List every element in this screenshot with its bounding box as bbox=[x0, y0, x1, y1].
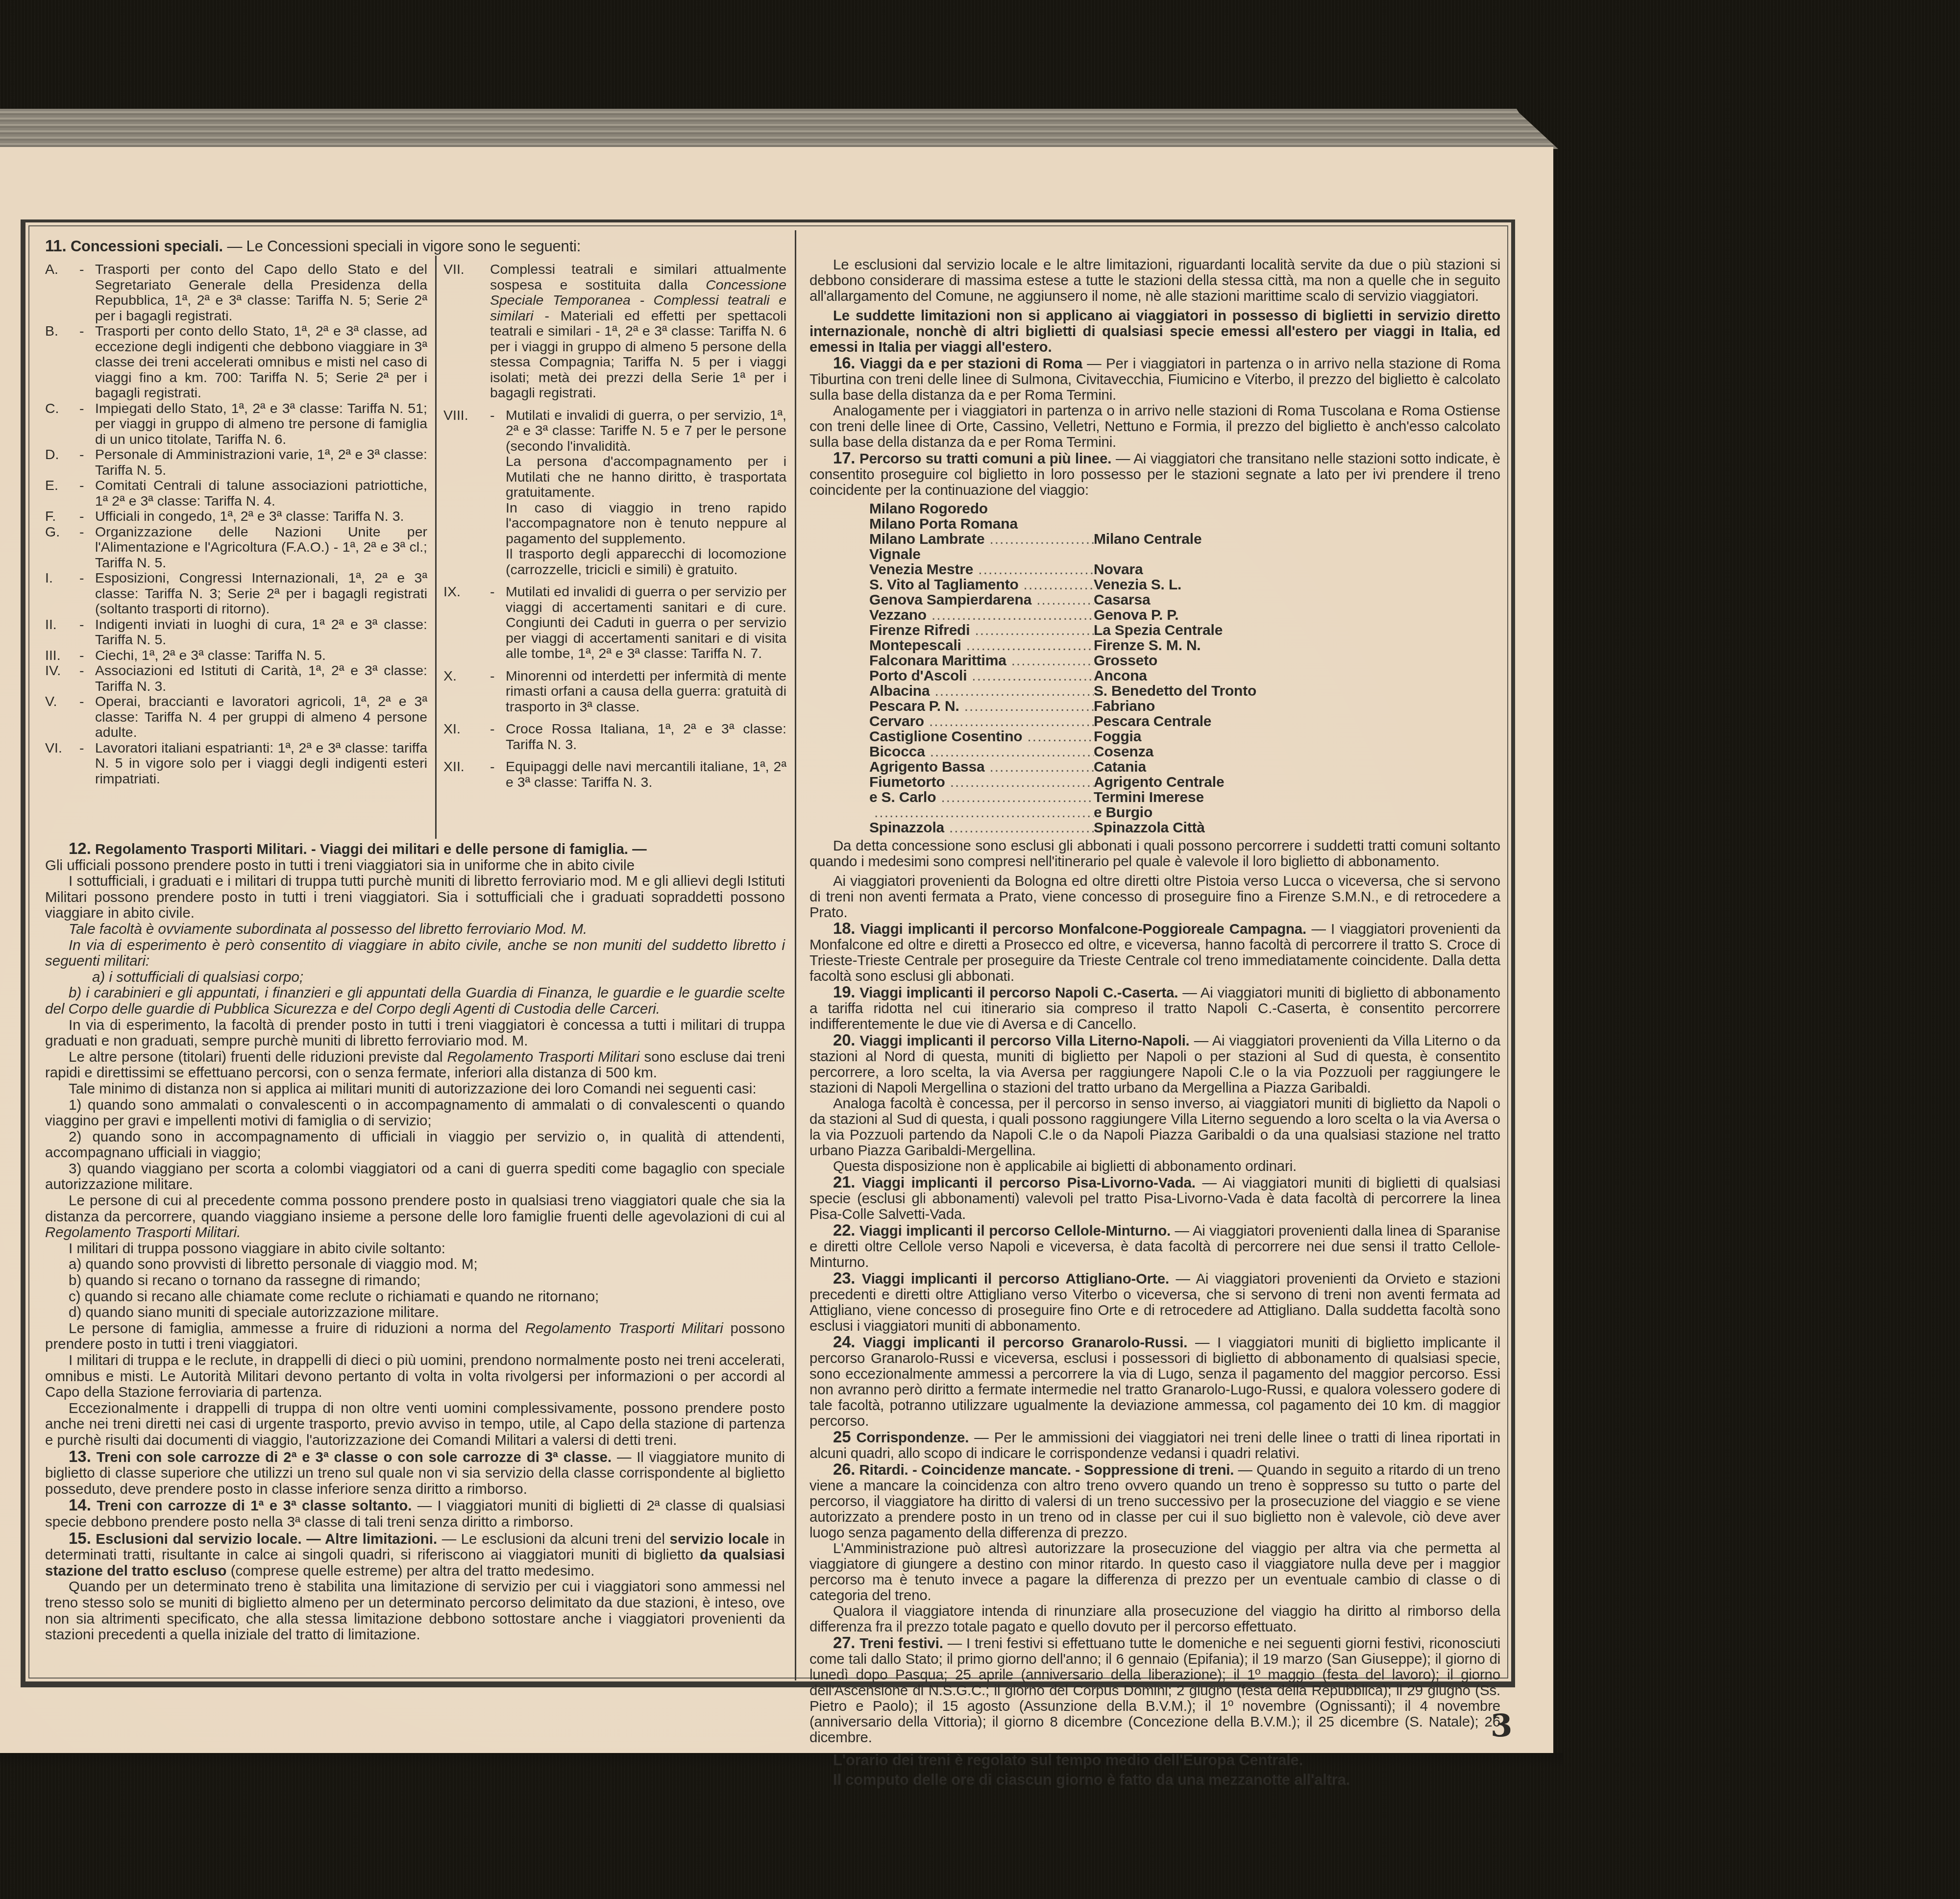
station-to: La Spezia Centrale bbox=[1094, 623, 1500, 638]
station-from: Firenze Rifredi.........................… bbox=[809, 623, 1094, 638]
section-15: 15. Esclusioni dal servizio locale. — Al… bbox=[45, 1531, 785, 1580]
station-row: Porto d'Ascoli..........................… bbox=[809, 668, 1500, 683]
concessions-list-b: VII.Complessi teatrali e similari attual… bbox=[443, 262, 786, 790]
station-to: Grosseto bbox=[1094, 653, 1500, 668]
section-17: 17. Percorso su tratti comuni a più line… bbox=[809, 450, 1500, 498]
station-row: Cervaro.................................… bbox=[809, 714, 1500, 729]
closing-notes: L'orario dei treni è regolato sul tempo … bbox=[809, 1751, 1500, 1790]
station-from: S. Vito al Tagliamento..................… bbox=[809, 577, 1094, 592]
page-number: 3 bbox=[1491, 1707, 1513, 1744]
right-column: Le esclusioni dal servizio locale e le a… bbox=[809, 257, 1500, 1790]
station-row: Genova Sampierdarena....................… bbox=[809, 592, 1500, 608]
station-to: Novara bbox=[1094, 562, 1500, 577]
section-12-heading: 12. Regolamento Trasporti Militari. - Vi… bbox=[45, 841, 785, 858]
section-14: 14. Treni con carrozze di 1ª e 3ª classe… bbox=[45, 1497, 785, 1530]
station-table: Milano RogoredoMilano Porta RomanaMilano… bbox=[809, 501, 1500, 835]
sections-12-15: 12. Regolamento Trasporti Militari. - Vi… bbox=[45, 841, 785, 1643]
station-from: Castiglione Cosentino...................… bbox=[809, 729, 1094, 744]
list-item: XII.-Equipaggi delle navi mercantili ita… bbox=[443, 759, 786, 790]
section-25: 25 Corrispondenze. — Per le ammissioni d… bbox=[809, 1429, 1500, 1461]
concessions-list-a: A.-Trasporti per conto del Capo dello St… bbox=[45, 262, 427, 787]
section-21: 21. Viaggi implicanti il percorso Pisa-L… bbox=[809, 1174, 1500, 1222]
subcolumn-divider bbox=[435, 256, 437, 839]
station-row: Bicocca.................................… bbox=[809, 744, 1500, 759]
station-to: Milano Centrale bbox=[1094, 532, 1500, 547]
section-16: 16. Viaggi da e per stazioni di Roma — P… bbox=[809, 355, 1500, 403]
section-22: 22. Viaggi implicanti il percorso Cellol… bbox=[809, 1222, 1500, 1270]
list-item: E.-Comitati Centrali di talune associazi… bbox=[45, 478, 427, 509]
book-page-edges bbox=[0, 109, 1558, 149]
station-from: Albacina................................… bbox=[809, 683, 1094, 699]
station-from: Falconara Marittima.....................… bbox=[809, 653, 1094, 668]
station-to: Catania bbox=[1094, 759, 1500, 775]
station-from: Milano Porta Romana bbox=[809, 516, 1094, 532]
station-to: Fabriano bbox=[1094, 699, 1500, 714]
section-title: Concessioni speciali. bbox=[71, 238, 223, 255]
list-item: II.-Indigenti inviati in luoghi di cura,… bbox=[45, 617, 427, 648]
station-from: Fiumetorto..............................… bbox=[809, 775, 1094, 790]
station-row: Agrigento Bassa.........................… bbox=[809, 759, 1500, 775]
list-item: IX.-Mutilati ed invalidi di guerra o per… bbox=[443, 584, 786, 662]
list-item: X.-Minorenni od interdetti per infermità… bbox=[443, 669, 786, 715]
station-to: Spinazzola Città bbox=[1094, 820, 1500, 835]
station-from: Spinazzola..............................… bbox=[809, 820, 1094, 835]
list-item: V.-Operai, braccianti e lavoratori agric… bbox=[45, 694, 427, 741]
station-row: Falconara Marittima.....................… bbox=[809, 653, 1500, 668]
list-item: A.-Trasporti per conto del Capo dello St… bbox=[45, 262, 427, 324]
station-to: Casarsa bbox=[1094, 592, 1500, 608]
station-from: Vignale bbox=[809, 547, 1094, 562]
station-row: Vignale bbox=[809, 547, 1500, 562]
station-from: ........................................… bbox=[809, 805, 1094, 820]
section-intro: — Le Concessioni speciali in vigore sono… bbox=[227, 238, 581, 255]
station-row: Pescara P. N............................… bbox=[809, 699, 1500, 714]
station-row: Milano Lambrate.........................… bbox=[809, 532, 1500, 547]
station-row: Spinazzola..............................… bbox=[809, 820, 1500, 835]
list-item: VII.Complessi teatrali e similari attual… bbox=[443, 262, 786, 401]
station-from: Vezzano.................................… bbox=[809, 608, 1094, 623]
list-item: F.-Ufficiali in congedo, 1ª, 2ª e 3ª cla… bbox=[45, 509, 427, 525]
list-item: VI.-Lavoratori italiani espatrianti: 1ª,… bbox=[45, 741, 427, 787]
list-item: III.-Ciechi, 1ª, 2ª e 3ª classe: Tariffa… bbox=[45, 648, 427, 664]
list-item: G.-Organizzazione delle Nazioni Unite pe… bbox=[45, 525, 427, 571]
station-from: Agrigento Bassa.........................… bbox=[809, 759, 1094, 775]
station-row: Albacina................................… bbox=[809, 683, 1500, 699]
section-13: 13. Treni con sole carrozze di 2ª e 3ª c… bbox=[45, 1449, 785, 1498]
section-27: 27. Treni festivi. — I treni festivi si … bbox=[809, 1635, 1500, 1746]
station-row: Milano Rogoredo bbox=[809, 501, 1500, 516]
station-row: Firenze Rifredi.........................… bbox=[809, 623, 1500, 638]
station-to: Foggia bbox=[1094, 729, 1500, 744]
section-19: 19. Viaggi implicanti il percorso Napoli… bbox=[809, 984, 1500, 1032]
station-to: Ancona bbox=[1094, 668, 1500, 683]
station-row: Fiumetorto..............................… bbox=[809, 775, 1500, 790]
station-from: Genova Sampierdarena....................… bbox=[809, 592, 1094, 608]
station-row: S. Vito al Tagliamento..................… bbox=[809, 577, 1500, 592]
station-row: Castiglione Cosentino...................… bbox=[809, 729, 1500, 744]
section-24: 24. Viaggi implicanti il percorso Granar… bbox=[809, 1334, 1500, 1429]
section-26: 26. Ritardi. - Coincidenze mancate. - So… bbox=[809, 1461, 1500, 1541]
station-row: Milano Porta Romana bbox=[809, 516, 1500, 532]
section-number: 11. bbox=[45, 237, 66, 255]
station-from: Milano Rogoredo bbox=[809, 501, 1094, 516]
station-to: Firenze S. M. N. bbox=[1094, 638, 1500, 653]
station-from: Cervaro.................................… bbox=[809, 714, 1094, 729]
station-to: Agrigento Centrale bbox=[1094, 775, 1500, 790]
section-20: 20. Viaggi implicanti il percorso Villa … bbox=[809, 1032, 1500, 1096]
station-to: Venezia S. L. bbox=[1094, 577, 1500, 592]
column-divider bbox=[795, 230, 796, 1680]
station-to: e Burgio bbox=[1094, 805, 1500, 820]
station-to: Pescara Centrale bbox=[1094, 714, 1500, 729]
list-item: IV.-Associazioni ed Istituti di Carità, … bbox=[45, 663, 427, 694]
station-from: Venezia Mestre..........................… bbox=[809, 562, 1094, 577]
station-row: Montepescali............................… bbox=[809, 638, 1500, 653]
section-11-header: 11. Concessioni speciali. — Le Concessio… bbox=[45, 238, 785, 254]
section-23: 23. Viaggi implicanti il percorso Attigl… bbox=[809, 1270, 1500, 1334]
station-row: e S. Carlo..............................… bbox=[809, 790, 1500, 805]
station-row: Vezzano.................................… bbox=[809, 608, 1500, 623]
station-to: Cosenza bbox=[1094, 744, 1500, 759]
station-row: ........................................… bbox=[809, 805, 1500, 820]
list-item: C.-Impiegati dello Stato, 1ª, 2ª e 3ª cl… bbox=[45, 401, 427, 448]
station-to: Termini Imerese bbox=[1094, 790, 1500, 805]
list-item: D.-Personale di Amministrazioni varie, 1… bbox=[45, 447, 427, 478]
station-to: Genova P. P. bbox=[1094, 608, 1500, 623]
list-item: XI.-Croce Rossa Italiana, 1ª, 2ª e 3ª cl… bbox=[443, 722, 786, 753]
list-item: VIII.-Mutilati e invalidi di guerra, o p… bbox=[443, 408, 786, 578]
station-to: S. Benedetto del Tronto bbox=[1094, 683, 1500, 699]
station-from: e S. Carlo..............................… bbox=[809, 790, 1094, 805]
station-from: Bicocca.................................… bbox=[809, 744, 1094, 759]
section-18: 18. Viaggi implicanti il percorso Monfal… bbox=[809, 921, 1500, 984]
station-from: Montepescali............................… bbox=[809, 638, 1094, 653]
station-row: Venezia Mestre..........................… bbox=[809, 562, 1500, 577]
list-item: B.-Trasporti per conto dello Stato, 1ª, … bbox=[45, 324, 427, 401]
station-from: Porto d'Ascoli..........................… bbox=[809, 668, 1094, 683]
station-from: Pescara P. N............................… bbox=[809, 699, 1094, 714]
station-from: Milano Lambrate.........................… bbox=[809, 532, 1094, 547]
list-item: I.-Esposizioni, Congressi Internazionali… bbox=[45, 571, 427, 617]
